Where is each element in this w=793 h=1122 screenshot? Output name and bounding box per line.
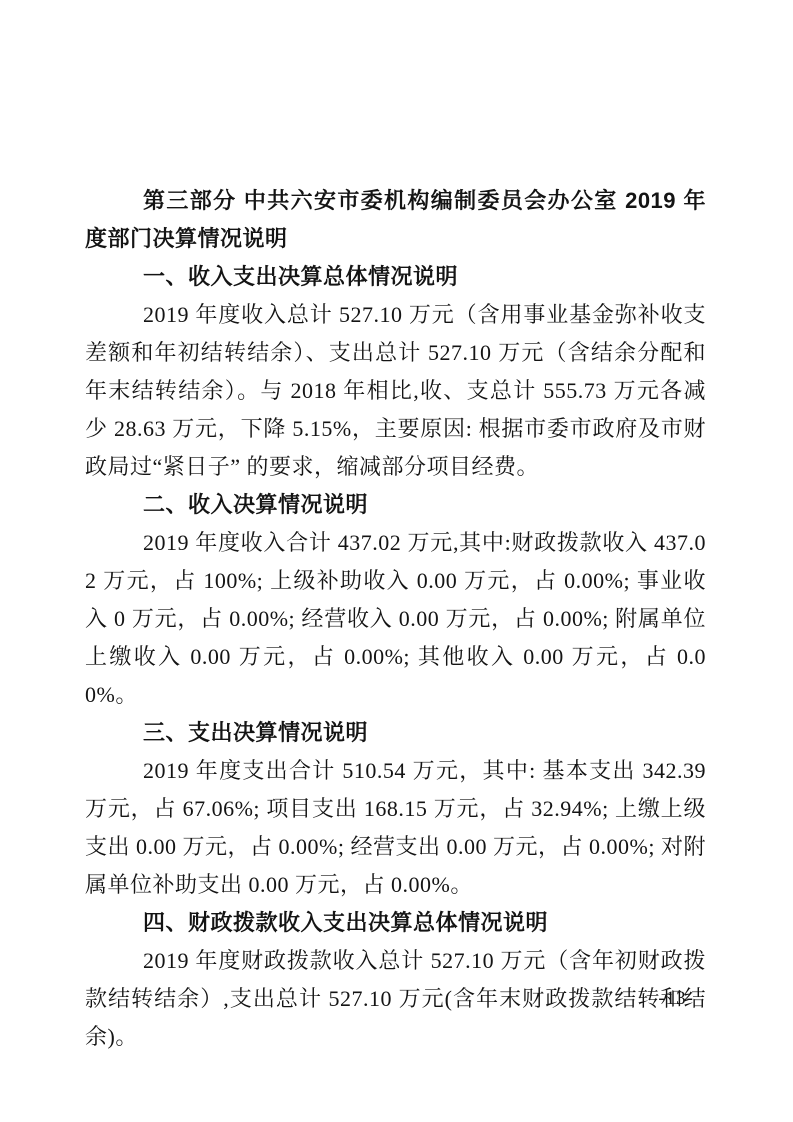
paragraph-income-details: 2019 年度收入合计 437.02 万元,其中:财政拨款收入 437.02 万… — [85, 524, 706, 714]
document-page: 第三部分 中共六安市委机构编制委员会办公室 2019 年度部门决算情况说明 一、… — [0, 0, 793, 1122]
section-heading-income-details: 二、收入决算情况说明 — [85, 486, 706, 524]
paragraph-expenditure-details: 2019 年度支出合计 510.54 万元，其中: 基本支出 342.39 万元… — [85, 752, 706, 904]
section-heading-income-expenditure-overview: 一、收入支出决算总体情况说明 — [85, 258, 706, 296]
document-body: 第三部分 中共六安市委机构编制委员会办公室 2019 年度部门决算情况说明 一、… — [85, 182, 706, 1056]
page-number: -13- — [658, 988, 694, 1010]
paragraph-income-expenditure-overview: 2019 年度收入总计 527.10 万元（含用事业基金弥补收支差额和年初结转结… — [85, 296, 706, 486]
document-title: 第三部分 中共六安市委机构编制委员会办公室 2019 年度部门决算情况说明 — [85, 182, 706, 258]
paragraph-fiscal-appropriation-overview: 2019 年度财政拨款收入总计 527.10 万元（含年初财政拨款结转结余）,支… — [85, 942, 706, 1056]
section-heading-expenditure-details: 三、支出决算情况说明 — [85, 714, 706, 752]
section-heading-fiscal-appropriation-overview: 四、财政拨款收入支出决算总体情况说明 — [85, 904, 706, 942]
